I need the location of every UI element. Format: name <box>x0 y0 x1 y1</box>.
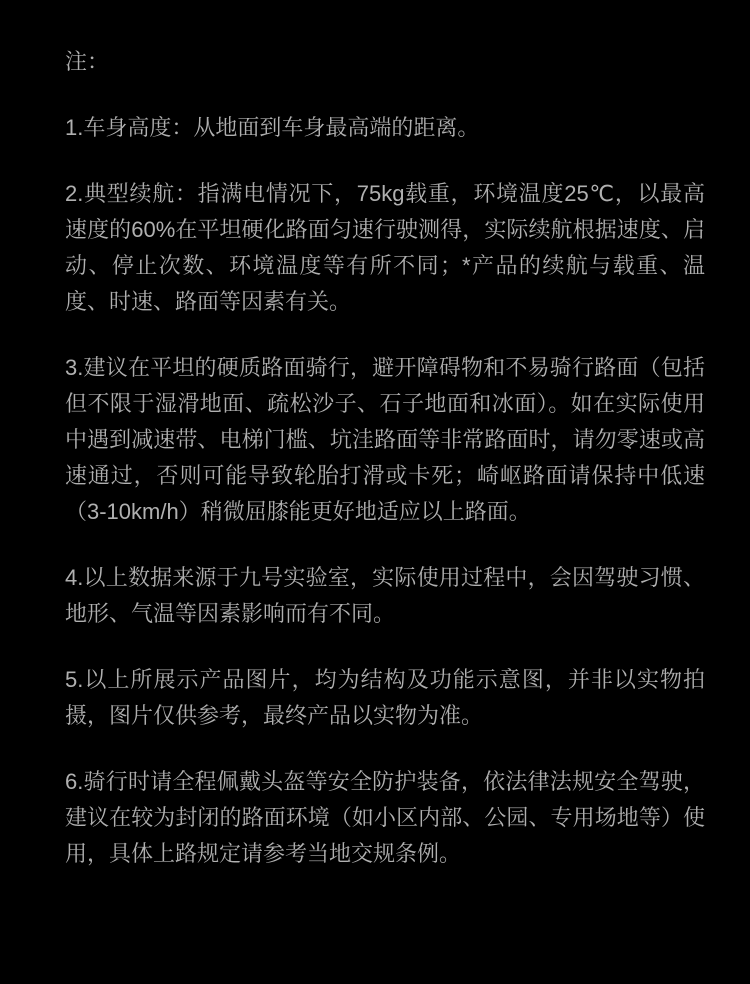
note-paragraph: 3.建议在平坦的硬质路面骑行，避开障碍物和不易骑行路面（包括但不限于湿滑地面、疏… <box>65 350 705 530</box>
note-paragraph: 4.以上数据来源于九号实验室，实际使用过程中，会因驾驶习惯、地形、气温等因素影响… <box>65 560 705 632</box>
notes-heading: 注： <box>65 44 705 80</box>
note-paragraph: 6.骑行时请全程佩戴头盔等安全防护装备，依法律法规安全驾驶，建议在较为封闭的路面… <box>65 764 705 872</box>
notes-section: 注： 1.车身高度：从地面到车身最高端的距离。2.典型续航：指满电情况下，75k… <box>0 0 750 872</box>
note-paragraph: 1.车身高度：从地面到车身最高端的距离。 <box>65 110 705 146</box>
note-paragraph: 5.以上所展示产品图片，均为结构及功能示意图，并非以实物拍摄，图片仅供参考，最终… <box>65 662 705 734</box>
notes-list: 1.车身高度：从地面到车身最高端的距离。2.典型续航：指满电情况下，75kg载重… <box>65 110 705 872</box>
note-paragraph: 2.典型续航：指满电情况下，75kg载重，环境温度25℃，以最高速度的60%在平… <box>65 176 705 320</box>
